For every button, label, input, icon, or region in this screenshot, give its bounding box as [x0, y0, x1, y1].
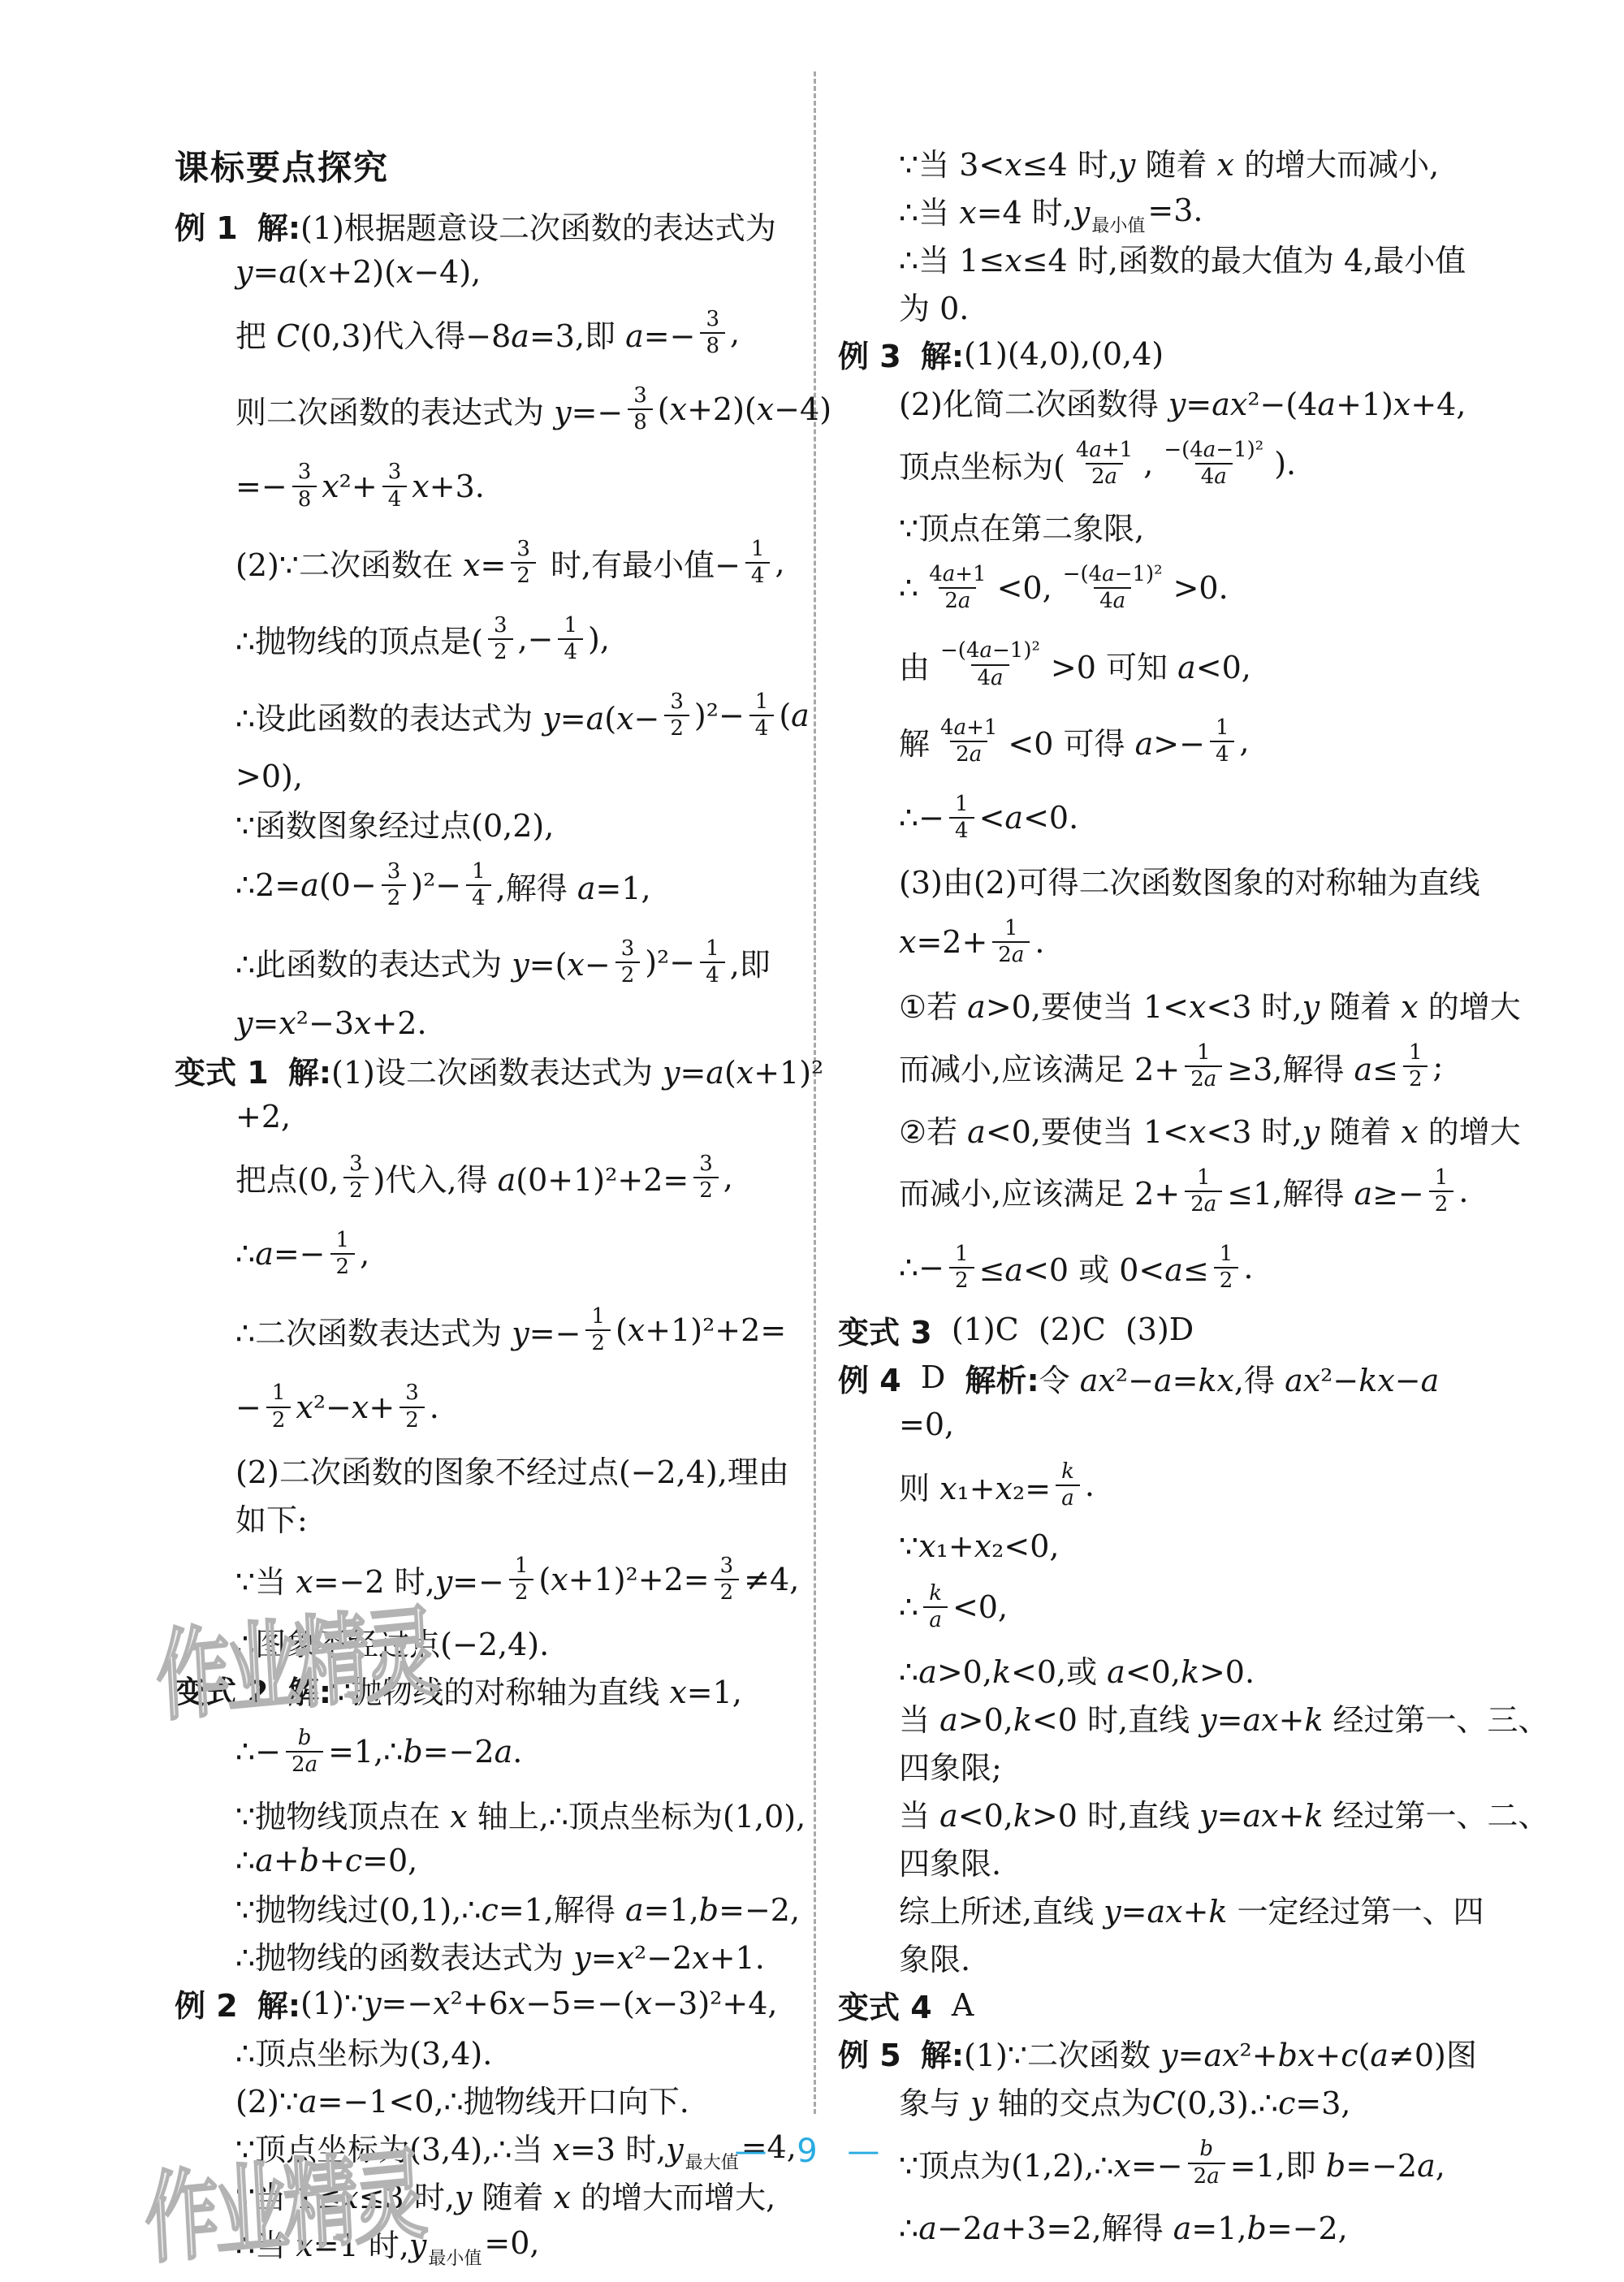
text-run: ∴顶点坐标为(3,4). [235, 2029, 492, 2073]
text-run: (2)化简二次函数得 y=ax²−(4a+1)x+4, [899, 379, 1466, 424]
content-line: 例 4 D 解析:令 ax²−a=kx,得 ax²−kx−a [838, 1355, 1613, 1400]
fraction: 38 [700, 307, 725, 359]
text-run: ∴抛物线的顶点是( [235, 616, 483, 661]
text-run: (x+2)(x−4) [658, 391, 831, 427]
content-line: (2)∵二次函数在 x=32 时,有最小值−14, [235, 526, 836, 599]
fraction-numerator: b [1194, 2137, 1219, 2162]
fraction-denominator: 8 [700, 332, 725, 359]
fraction-numerator: 1 [1191, 1040, 1216, 1065]
content-line: ∴ka<0, [899, 1571, 1613, 1644]
content-line: ②若 a<0,要使当 1<x<3 时,y 随着 x 的增大 [899, 1107, 1613, 1152]
fraction-numerator: 3 [693, 1152, 719, 1177]
content-line: ∴此函数的表达式为 y=(x−32)²−14,即 [235, 926, 836, 999]
content-line: ∴抛物线的顶点是(32,−14), [235, 603, 836, 676]
fraction-numerator: 1 [999, 916, 1024, 941]
content-line: ∵顶点在第二象限, [899, 504, 1613, 548]
fraction-numerator: 3 [664, 689, 689, 715]
text-run: ∵抛物线顶点在 x 轴上,∴顶点坐标为(1,0), [235, 1791, 806, 1836]
text-run: ). [1274, 446, 1296, 482]
content-line: ∵函数图象经过点(0,2), [235, 801, 836, 845]
fraction-numerator: 1 [745, 537, 771, 562]
text-run: (2)二次函数的图象不经过点(−2,4),理由 [235, 1447, 789, 1492]
bold-label: 变式 1 [175, 1048, 269, 1092]
text-run: ①若 a>0,要使当 1<x<3 时,y 随着 x 的增大 [899, 982, 1521, 1026]
content-line: ∴a−2a+3=2,解得 a=1,b=−2, [899, 2203, 1613, 2248]
subscript-label: 最小值 [428, 2245, 482, 2270]
fraction: 12a [1185, 1040, 1222, 1092]
text-run: ; [1432, 1048, 1443, 1084]
content-line: ∴−b2a=1,∴b=−2a. [235, 1715, 836, 1788]
text-run: 由 [899, 642, 930, 687]
content-line: ∴当 x=1 时,y最小值=0, [235, 2220, 836, 2265]
content-line: ∵当 3<x≤4 时,y 随着 x 的增大而减小, [899, 140, 1613, 184]
fraction-numerator: 1 [949, 792, 974, 817]
fraction: 32 [382, 859, 407, 911]
text-run: ∴− [899, 800, 944, 836]
section-heading-text: 课标要点探究 [175, 141, 389, 190]
fraction-denominator: 2 [330, 1253, 356, 1280]
page-number: — 9 — [735, 2133, 890, 2170]
text-run: 象限. [899, 1934, 970, 1979]
fraction: ka [1056, 1459, 1080, 1511]
content-line: (2)化简二次函数得 y=ax²−(4a+1)x+4, [899, 379, 1613, 424]
fraction-denominator: 2 [1403, 1065, 1428, 1092]
fraction: 34 [382, 460, 408, 512]
fraction: 12 [949, 1242, 974, 1294]
fraction-denominator: 2 [382, 884, 407, 911]
fraction-denominator: 2 [1429, 1191, 1454, 1217]
content-line: 综上所述,直线 y=ax+k 一定经过第一、四 [899, 1887, 1613, 1931]
content-line: ∴a+b+c=0, [235, 1839, 836, 1882]
text-run: 而减小,应该满足 2+ [899, 1169, 1180, 1213]
bold-label: 变式 3 [838, 1307, 932, 1352]
bold-label: 解: [257, 1981, 300, 2025]
fraction: 38 [628, 383, 653, 435]
text-run: (a [779, 698, 809, 733]
content-line: ∵当 x=−2 时,y=−12(x+1)²+2=32≠4, [235, 1543, 836, 1616]
text-run: . [1458, 1173, 1468, 1209]
fraction-numerator: 3 [343, 1152, 369, 1177]
bold-label: 解: [921, 331, 964, 376]
text-run: x²−x+ [296, 1390, 395, 1425]
content-line: 变式 4 A [838, 1982, 1613, 2027]
text-run: ∵当 1≤x≤3 时,y 随着 x 的增大而增大, [235, 2172, 775, 2217]
fraction-numerator: 1 [509, 1554, 534, 1579]
text-run: ∴2=a(0− [235, 867, 377, 903]
fraction-numerator: 1 [330, 1228, 356, 1253]
content-line: 例 1 解:(1)根据题意设二次函数的表达式为 [175, 203, 836, 248]
content-line: 则 x₁+x₂=ka. [899, 1449, 1613, 1522]
fraction-numerator: −(4a−1)² [935, 638, 1046, 663]
text-run: 把 C(0,3)代入得−8a=3,即 a=− [235, 311, 695, 356]
fraction: 38 [292, 460, 317, 512]
fraction: −(4a−1)²4a [1158, 438, 1269, 490]
text-run: x+3. [412, 469, 485, 504]
fraction: 32 [488, 613, 513, 665]
fraction-denominator: 2a [950, 741, 987, 767]
fraction-denominator: 8 [292, 486, 317, 512]
content-line: 变式 3 (1)C (2)C (3)D [838, 1307, 1613, 1352]
fraction-denominator: 2a [1188, 2163, 1225, 2189]
content-line: =−38x²+34x+3. [235, 449, 836, 522]
fraction: 32 [693, 1152, 719, 1204]
text-run: x²+ [322, 469, 378, 504]
bold-label: 解析: [965, 1355, 1039, 1400]
text-run: ∴a−2a+3=2,解得 a=1,b=−2, [899, 2203, 1348, 2248]
text-run: <a<0. [979, 800, 1079, 836]
text-run: ∴ [899, 570, 918, 606]
fraction-numerator: 1 [266, 1381, 292, 1406]
text-run: ∴− [235, 1734, 281, 1770]
answer-text: A [932, 1987, 974, 2023]
fraction-numerator: 4a+1 [935, 715, 1003, 741]
bold-label: 例 3 [838, 331, 901, 376]
fraction-numerator: k [923, 1581, 948, 1606]
content-line: 象限. [899, 1934, 1613, 1979]
text-run: 顶点坐标为( [899, 442, 1065, 486]
content-line: +2, [235, 1096, 836, 1138]
content-line: ∴−14<a<0. [899, 781, 1613, 854]
text-run: >0. [1173, 570, 1229, 606]
content-line: 例 5 解:(1)∵二次函数 y=ax²+bx+c(a≠0)图 [838, 2030, 1613, 2075]
fraction: 12a [1185, 1165, 1222, 1217]
fraction-denominator: 2 [585, 1329, 611, 1356]
text-run: ∵抛物线过(0,1),∴c=1,解得 a=1,b=−2, [235, 1885, 800, 1930]
text-run: ≠4, [744, 1562, 799, 1597]
content-line: (3)由(2)可得二次函数图象的对称轴为直线 [899, 858, 1613, 902]
fraction: 12 [266, 1381, 292, 1433]
content-line: ∵顶点为(1,2),∴x=−b2a=1,即 b=−2a, [899, 2126, 1613, 2199]
content-line: =0, [899, 1403, 1613, 1446]
text-run: ≤1,解得 a≥− [1227, 1169, 1424, 1213]
text-run: =3. [1147, 192, 1203, 228]
text-run: ∵顶点坐标为(3,4),∴当 x=3 时,y [235, 2124, 684, 2169]
text-run: 解 [899, 719, 930, 763]
fraction: 12 [1214, 1242, 1239, 1294]
text-run [269, 1052, 288, 1087]
content-line: ∴a>0,k<0,或 a<0,k>0. [899, 1647, 1613, 1692]
text-run: (x+1)²+2= [615, 1312, 786, 1348]
text-run: (1)∵y=−x²+6x−5=−(x−3)²+4, [300, 1986, 777, 2021]
fraction: 14 [749, 689, 775, 741]
fraction-denominator: 4 [382, 486, 408, 512]
text-run: 而减小,应该满足 2+ [899, 1044, 1180, 1089]
text-run: , [360, 1236, 369, 1272]
text-run: 综上所述,直线 y=ax+k 一定经过第一、四 [899, 1887, 1484, 1931]
column-right: ∵当 3<x≤4 时,y 随着 x 的增大而减小,∴当 x=4 时,y最小值=3… [838, 140, 1613, 2251]
fraction-denominator: 2a [1086, 463, 1123, 490]
text-run: ∴a>0,k<0,或 a<0,k>0. [899, 1647, 1255, 1692]
content-line: 把 C(0,3)代入得−8a=3,即 a=−38, [235, 296, 836, 370]
text-run: 则 x₁+x₂= [899, 1463, 1051, 1508]
bold-label: 例 1 [175, 203, 238, 248]
content-line: 当 a<0,k>0 时,直线 y=ax+k 经过第一、二、 [899, 1791, 1613, 1835]
text-run: 为 0. [899, 283, 969, 328]
fraction: 4a+12a [1070, 438, 1138, 490]
fraction-denominator: 2 [488, 638, 513, 665]
fraction-denominator: a [1056, 1485, 1080, 1511]
fraction: −(4a−1)²4a [1057, 562, 1168, 614]
text-run: (1)∵二次函数 y=ax²+bx+c(a≠0)图 [964, 2030, 1477, 2075]
text-run: ∴当 x=1 时,y [235, 2220, 426, 2265]
text-run: ,− [518, 621, 554, 657]
fraction-numerator: −(4a−1)² [1057, 562, 1168, 587]
section-heading: 课标要点探究 [175, 140, 836, 192]
text-run: ∵当 x=−2 时,y=− [235, 1557, 504, 1601]
content-line: ∴抛物线的函数表达式为 y=x²−2x+1. [235, 1933, 836, 1977]
text-run [238, 1986, 257, 2021]
content-line: ∴图象不经过点(−2,4). [235, 1619, 836, 1664]
text-run: (x+1)²+2= [538, 1562, 709, 1597]
content-line: 而减小,应该满足 2+12a≤1,解得 a≥−12. [899, 1155, 1613, 1228]
fraction-denominator: 4a [1195, 463, 1233, 490]
fraction-numerator: 1 [585, 1304, 611, 1329]
text-run: (1)(4,0),(0,4) [964, 336, 1164, 372]
fraction: 14 [1210, 715, 1235, 767]
text-run: (1)根据题意设二次函数的表达式为 [300, 203, 776, 248]
fraction-numerator: 1 [1403, 1040, 1428, 1065]
text-run: (3)由(2)可得二次函数图象的对称轴为直线 [899, 858, 1480, 902]
fraction-numerator: 3 [511, 537, 536, 562]
workbook-answer-page: 课标要点探究 例 1 解:(1)根据题意设二次函数的表达式为y=a(x+2)(x… [0, 0, 1624, 2282]
text-run: =0, [484, 2225, 539, 2261]
fraction-denominator: 2 [509, 1579, 534, 1606]
bold-label: 解: [288, 1667, 331, 1712]
text-run: ∴当 x=4 时,y [899, 188, 1090, 232]
bold-label: 解: [257, 203, 300, 248]
text-run: , [1143, 446, 1153, 482]
fraction: 4a+12a [935, 715, 1003, 767]
subscript-label: 最小值 [1091, 212, 1145, 237]
fraction-numerator: 3 [615, 936, 641, 962]
text-run: 时,有最小值− [541, 540, 741, 585]
fraction-denominator: 2 [715, 1579, 740, 1606]
text-run: . [1243, 1250, 1253, 1286]
text-run: (2)∵a=−1<0,∴抛物线开口向下. [235, 2077, 689, 2121]
fraction-numerator: 1 [1429, 1165, 1454, 1191]
fraction-denominator: 2 [949, 1267, 974, 1294]
text-run: . [1034, 924, 1044, 960]
content-line: (2)二次函数的图象不经过点(−2,4),理由 [235, 1447, 836, 1492]
content-line: 象与 y 轴的交点为C(0,3).∴c=3, [899, 2078, 1613, 2123]
fraction-numerator: 1 [1214, 1242, 1239, 1267]
text-run: )²− [411, 867, 461, 903]
text-run: 四象限. [899, 1839, 1001, 1883]
text-run: 如下: [235, 1495, 308, 1540]
text-run: ∵x₁+x₂<0, [899, 1528, 1059, 1564]
fraction: 32 [511, 537, 536, 589]
content-line: ∵x₁+x₂<0, [899, 1525, 1613, 1567]
text-run: ∴图象不经过点(−2,4). [235, 1619, 549, 1664]
fraction-numerator: 3 [700, 307, 725, 332]
content-line: y=x²−3x+2. [235, 1002, 836, 1044]
text-run: . [1085, 1467, 1095, 1503]
content-line: ∵抛物线过(0,1),∴c=1,解得 a=1,b=−2, [235, 1885, 836, 1930]
fraction-numerator: 3 [382, 859, 407, 884]
text-run: 四象限; [899, 1743, 1002, 1787]
content-line: ①若 a>0,要使当 1<x<3 时,y 随着 x 的增大 [899, 982, 1613, 1026]
text-run: , [730, 315, 740, 351]
text-run: ∵当 3<x≤4 时,y 随着 x 的增大而减小, [899, 140, 1439, 184]
fraction-denominator: 8 [628, 408, 653, 435]
fraction: 14 [700, 936, 725, 988]
text-run [901, 336, 921, 372]
text-run: ∵函数图象经过点(0,2), [235, 801, 554, 845]
text-run: x=2+ [899, 924, 987, 960]
text-run: ∴− [899, 1250, 944, 1286]
content-line: 由−(4a−1)²4a>0 可知 a<0, [899, 628, 1613, 701]
text-run: ≥3,解得 a≤ [1227, 1044, 1398, 1089]
content-line: ∴顶点坐标为(3,4). [235, 2029, 836, 2073]
text-run: y=x²−3x+2. [235, 1005, 427, 1041]
text-run [238, 208, 257, 244]
bold-label: 变式 2 [175, 1667, 269, 1712]
text-run: =0, [899, 1407, 954, 1442]
content-line: ∵抛物线顶点在 x 轴上,∴顶点坐标为(1,0), [235, 1791, 836, 1836]
fraction: 4a+12a [923, 562, 991, 614]
fraction-denominator: 2 [664, 715, 689, 741]
fraction-numerator: 1 [700, 936, 725, 962]
content-line: 变式 2 解:∵抛物线的对称轴为直线 x=1, [175, 1667, 836, 1712]
content-line: ∴设此函数的表达式为 y=a(x−32)²−14(a [235, 679, 836, 752]
text-run: =− [235, 469, 287, 504]
text-run: , [775, 545, 784, 581]
fraction-numerator: 1 [1191, 1165, 1216, 1191]
content-line: >0), [235, 755, 836, 797]
text-run: 把点(0, [235, 1155, 339, 1199]
content-line: ∴−12≤a<0 或 0<a≤12. [899, 1231, 1613, 1304]
content-line: 例 2 解:(1)∵y=−x²+6x−5=−(x−3)²+4, [175, 1981, 836, 2025]
fraction-denominator: 2 [400, 1407, 425, 1433]
fraction: 14 [949, 792, 974, 844]
text-run: , [1239, 724, 1249, 759]
fraction: 12a [992, 916, 1030, 968]
text-run: ∴设此函数的表达式为 y=a(x− [235, 694, 659, 738]
fraction-numerator: 1 [1210, 715, 1235, 741]
fraction-numerator: k [1056, 1459, 1080, 1485]
content-line: 当 a>0,k<0 时,直线 y=ax+k 经过第一、三、 [899, 1695, 1613, 1740]
fraction-numerator: 4a+1 [923, 562, 991, 587]
fraction-denominator: 2 [266, 1407, 292, 1433]
text-run: , [723, 1160, 733, 1195]
content-line: 而减小,应该满足 2+12a≥3,解得 a≤12; [899, 1030, 1613, 1103]
fraction-numerator: 1 [949, 1242, 974, 1267]
subscript-label: 最大值 [685, 2149, 739, 2174]
answer-text: (1)C (2)C (3)D [932, 1312, 1194, 1347]
text-run: )代入,得 a(0+1)²+2= [374, 1155, 689, 1199]
fraction-denominator: 2 [693, 1177, 719, 1204]
content-line: (2)∵a=−1<0,∴抛物线开口向下. [235, 2077, 836, 2121]
fraction-denominator: 2a [286, 1751, 323, 1778]
fraction-denominator: 2a [992, 941, 1030, 968]
fraction-denominator: 2 [615, 962, 641, 988]
fraction: 32 [664, 689, 689, 741]
fraction: 12 [1429, 1165, 1454, 1217]
text-run: ∴抛物线的函数表达式为 y=x²−2x+1. [235, 1933, 765, 1977]
bold-label: 例 4 [838, 1355, 901, 1400]
fraction-numerator: 3 [400, 1381, 425, 1406]
content-line: 变式 1 解:(1)设二次函数表达式为 y=a(x+1)² [175, 1048, 836, 1092]
content-line: 为 0. [899, 283, 1613, 328]
text-run: − [235, 1390, 261, 1425]
text-run: 则二次函数的表达式为 y=− [235, 387, 623, 432]
fraction: 12 [509, 1554, 534, 1606]
content-line: 把点(0,32)代入,得 a(0+1)²+2=32, [235, 1141, 836, 1214]
fraction: 12 [1403, 1040, 1428, 1092]
text-run: ,解得 a=1, [496, 863, 651, 908]
text-run: 当 a>0,k<0 时,直线 y=ax+k 经过第一、三、 [899, 1695, 1549, 1740]
fraction-numerator: 3 [715, 1554, 740, 1579]
fraction-numerator: 3 [628, 383, 653, 408]
content-line: y=a(x+2)(x−4), [235, 251, 836, 293]
text-run: )²− [694, 698, 745, 733]
content-line: −12x²−x+32. [235, 1370, 836, 1443]
content-line: ∴2=a(0−32)²−14,解得 a=1, [235, 849, 836, 922]
text-run: . [430, 1390, 439, 1425]
fraction-numerator: 1 [749, 689, 775, 715]
content-line: ∴当 x=4 时,y最小值=3. [899, 188, 1613, 232]
fraction-denominator: 2a [1185, 1191, 1222, 1217]
bold-label: 解: [921, 2030, 964, 2075]
fraction: 32 [343, 1152, 369, 1204]
bold-label: 解: [288, 1048, 331, 1092]
content-line: x=2+12a. [899, 905, 1613, 979]
text-run: ), [588, 621, 610, 657]
text-run: ≤a<0 或 0<a≤ [979, 1245, 1209, 1290]
bold-label: 例 5 [838, 2030, 901, 2075]
fraction-numerator: 3 [488, 613, 513, 638]
fraction: b2a [1188, 2137, 1225, 2189]
text-run: 当 a<0,k>0 时,直线 y=ax+k 经过第一、二、 [899, 1791, 1549, 1835]
fraction-denominator: 4 [466, 884, 491, 911]
fraction-numerator: 1 [466, 859, 491, 884]
fraction-denominator: 4a [1094, 587, 1131, 614]
text-run: 令 ax²−a=kx,得 ax²−kx−a [1039, 1355, 1440, 1400]
text-run: 象与 y 轴的交点为C(0,3).∴c=3, [899, 2078, 1350, 2123]
fraction: −(4a−1)²4a [935, 638, 1046, 690]
text-run: ∵顶点在第二象限, [899, 504, 1144, 548]
text-run: =1,即 b=−2a, [1230, 2141, 1445, 2185]
fraction: 12 [585, 1304, 611, 1356]
fraction-denominator: 2 [343, 1177, 369, 1204]
fraction-denominator: 4 [700, 962, 725, 988]
fraction-numerator: −(4a−1)² [1158, 438, 1269, 463]
text-run: ∵顶点为(1,2),∴x=− [899, 2141, 1183, 2185]
fraction: 14 [466, 859, 491, 911]
answer-text: D [901, 1359, 965, 1395]
content-line: 四象限. [899, 1839, 1613, 1883]
content-line: 如下: [235, 1495, 836, 1540]
fraction-denominator: 4a [971, 664, 1009, 691]
content-line: 例 3 解:(1)(4,0),(0,4) [838, 331, 1613, 376]
fraction-denominator: 2 [511, 562, 536, 589]
text-run: <0, [997, 570, 1052, 606]
text-run: ∴a=− [235, 1236, 326, 1272]
text-run: )²− [645, 944, 695, 980]
text-run: >0), [235, 759, 303, 794]
text-run: ∴ [899, 1589, 918, 1625]
fraction-denominator: 4 [1210, 741, 1235, 767]
text-run: (1)设二次函数表达式为 y=a(x+1)² [331, 1048, 823, 1092]
fraction-denominator: 2a [1185, 1065, 1222, 1092]
text-run: ,即 [730, 940, 771, 984]
text-run [901, 2035, 921, 2071]
content-line: 则二次函数的表达式为 y=−38(x+2)(x−4) [235, 373, 836, 446]
content-line: ∵当 1≤x≤3 时,y 随着 x 的增大而增大, [235, 2172, 836, 2217]
fraction: 32 [615, 936, 641, 988]
fraction-denominator: a [923, 1606, 948, 1633]
text-run: ②若 a<0,要使当 1<x<3 时,y 随着 x 的增大 [899, 1107, 1521, 1152]
